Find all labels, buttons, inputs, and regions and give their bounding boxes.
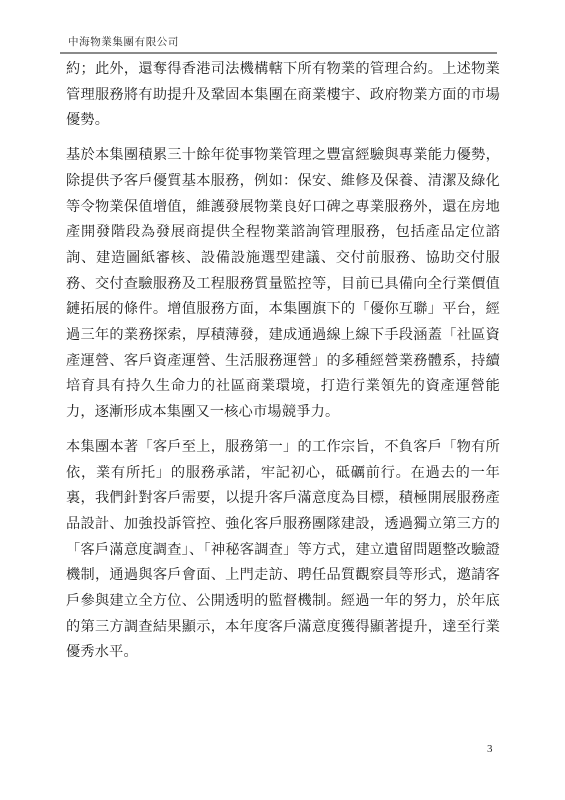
document-body: 約；此外，還奪得香港司法機構轄下所有物業的管理合約。上述物業管理服務將有助提升及… <box>66 57 500 666</box>
body-paragraph-2: 基於本集團積累三十餘年從事物業管理之豐富經驗與專業能力優勢，除提供予客戶優質基本… <box>66 143 500 426</box>
page-number: 3 <box>487 743 493 755</box>
header-rule-divider <box>60 52 497 54</box>
body-paragraph-1: 約；此外，還奪得香港司法機構轄下所有物業的管理合約。上述物業管理服務將有助提升及… <box>66 57 500 134</box>
page-header: 中海物業集團有限公司 <box>60 36 497 54</box>
body-paragraph-3: 本集團本著「客戶至上，服務第一」的工作宗旨，不負客戶「物有所依，業有所托」的服務… <box>66 435 500 666</box>
document-page: 中海物業集團有限公司 約；此外，還奪得香港司法機構轄下所有物業的管理合約。上述物… <box>0 0 565 800</box>
company-name: 中海物業集團有限公司 <box>60 36 497 49</box>
